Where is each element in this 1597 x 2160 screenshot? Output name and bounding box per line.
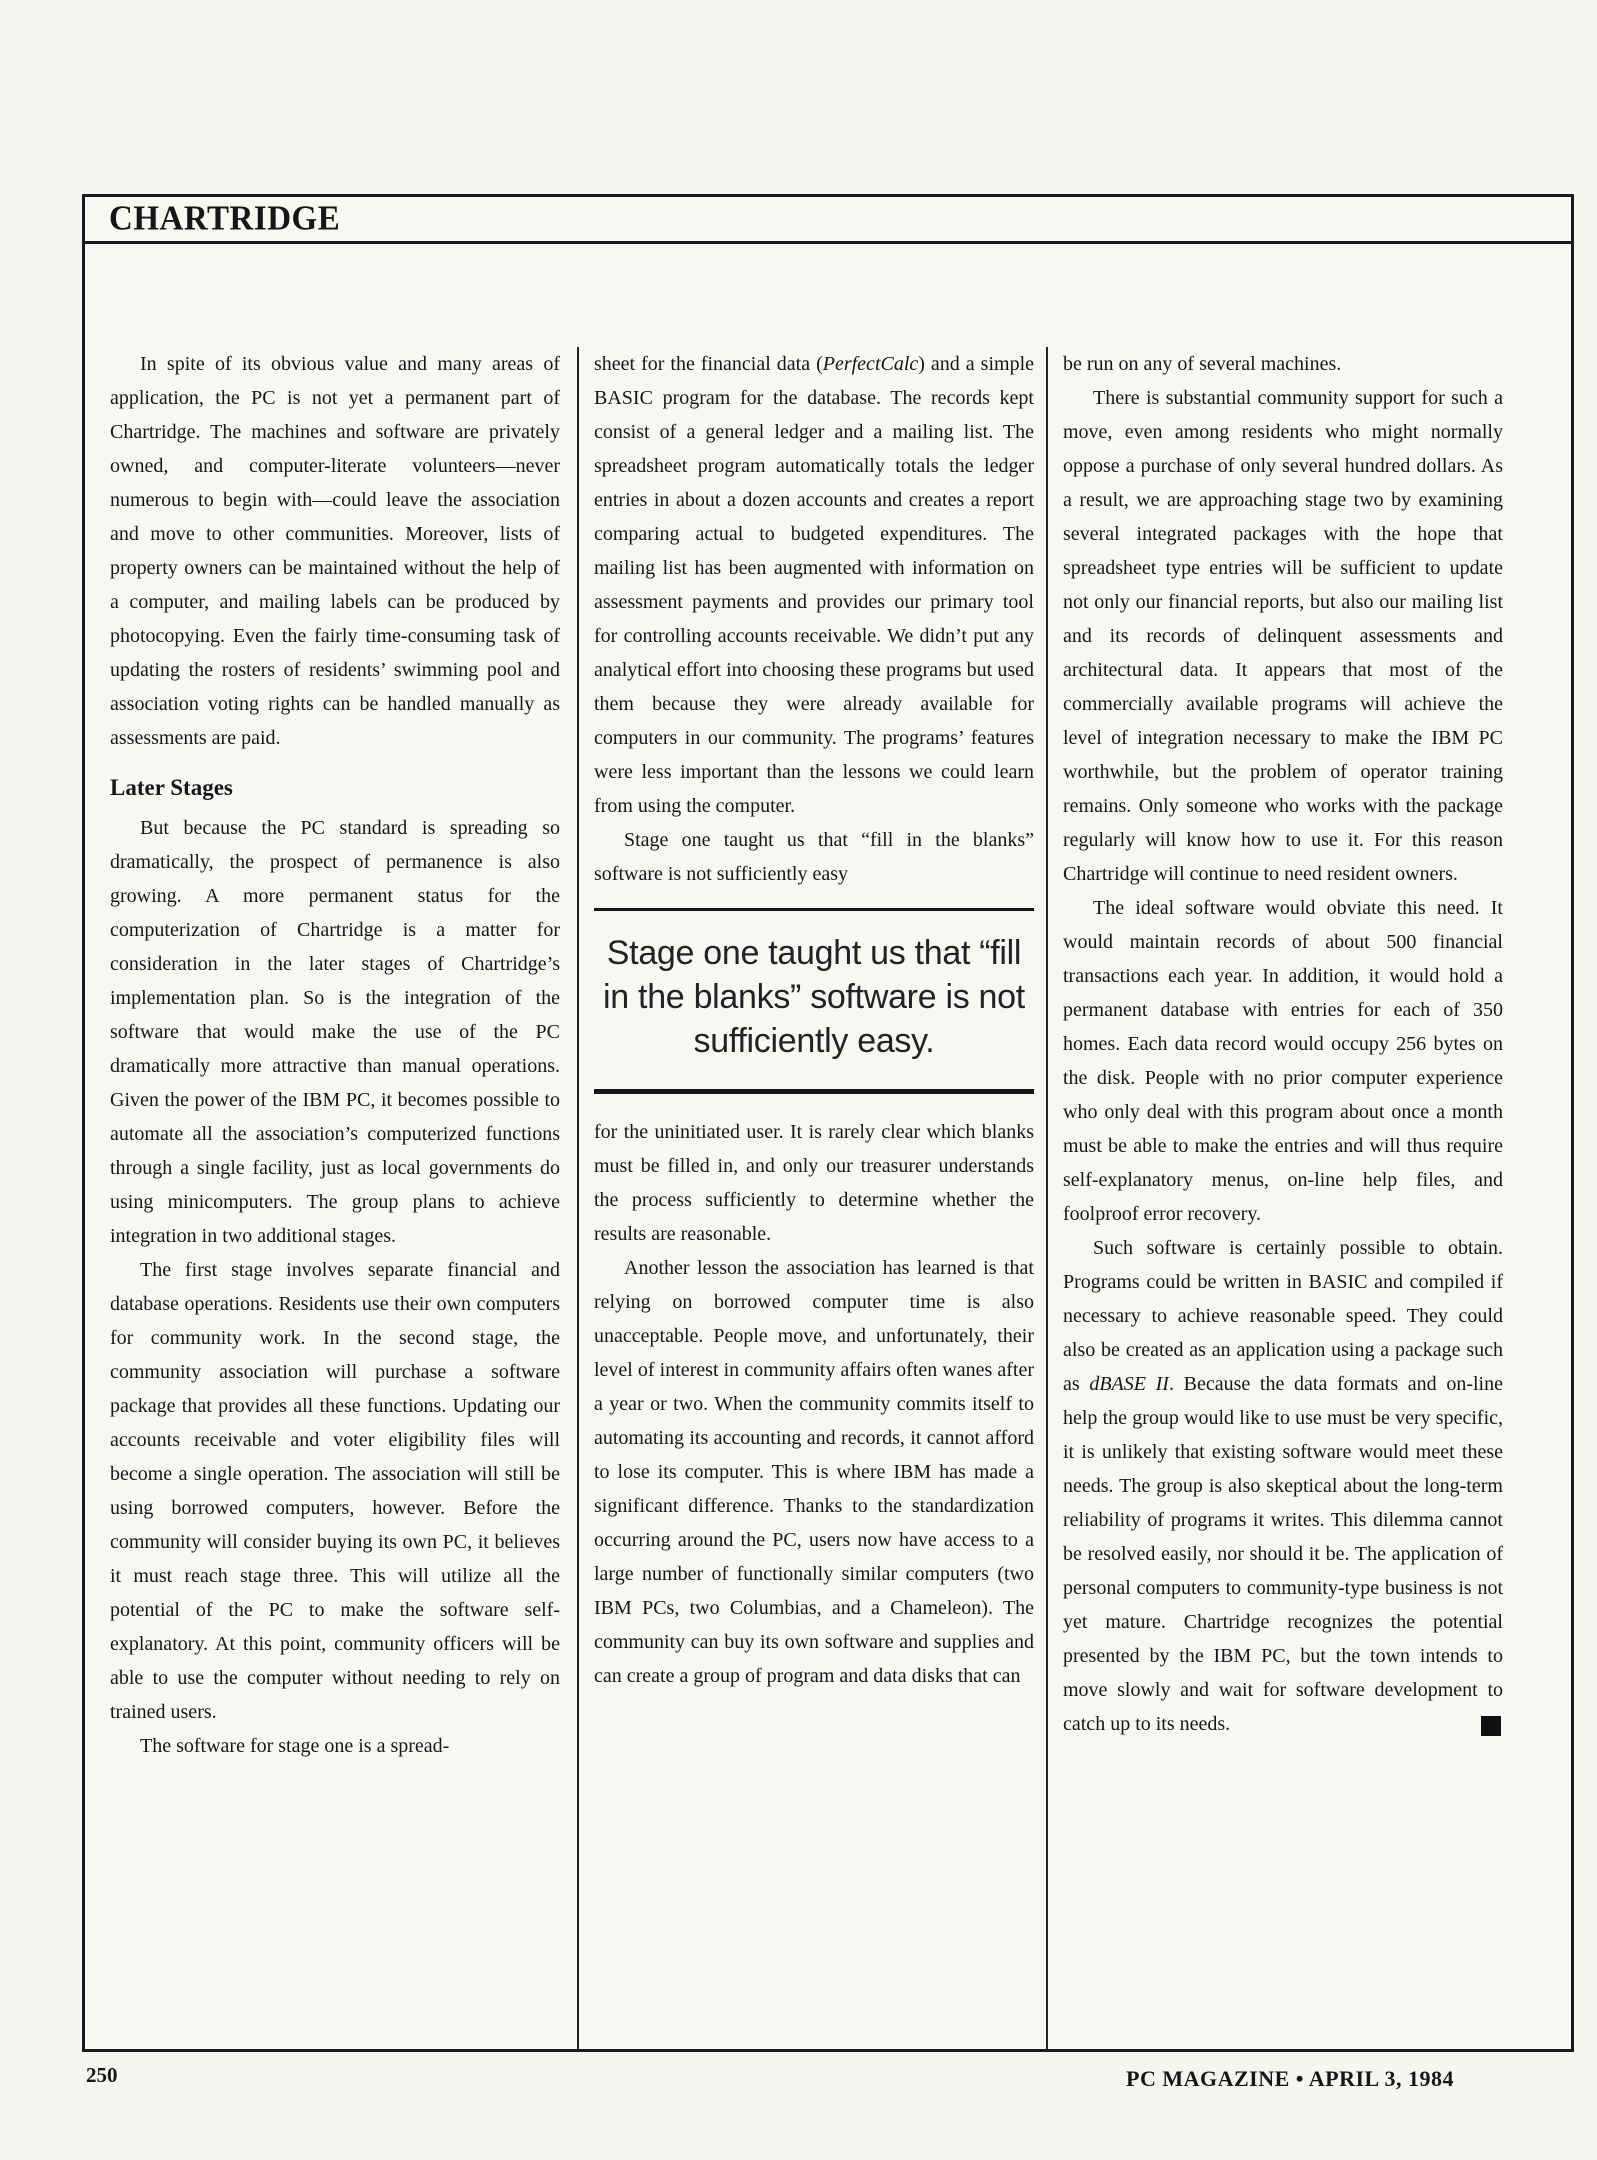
magazine-page: { "header": { "title": "CHARTRIDGE" }, "… bbox=[0, 0, 1597, 2160]
body-paragraph: Such software is certainly possible to o… bbox=[1063, 1231, 1503, 1741]
body-paragraph: The software for stage one is a spread- bbox=[110, 1729, 560, 1763]
article-content: In spite of its obvious value and many a… bbox=[85, 347, 1571, 2049]
body-paragraph: sheet for the financial data (PerfectCal… bbox=[594, 347, 1034, 823]
body-paragraph: In spite of its obvious value and many a… bbox=[110, 347, 560, 755]
article-column-1: In spite of its obvious value and many a… bbox=[85, 347, 577, 2049]
article-column-2: sheet for the financial data (PerfectCal… bbox=[579, 347, 1046, 2049]
body-paragraph: for the uninitiated user. It is rarely c… bbox=[594, 1115, 1034, 1251]
body-paragraph: The ideal software would obviate this ne… bbox=[1063, 891, 1503, 1231]
body-paragraph: There is substantial community support f… bbox=[1063, 381, 1503, 891]
masthead: CHARTRIDGE bbox=[85, 197, 1571, 244]
article-title: CHARTRIDGE bbox=[109, 200, 340, 239]
body-paragraph: But because the PC standard is spreading… bbox=[110, 811, 560, 1253]
body-paragraph: be run on any of several machines. bbox=[1063, 347, 1503, 381]
body-paragraph: The first stage involves separate financ… bbox=[110, 1253, 560, 1729]
magazine-credit: PC MAGAZINE • APRIL 3, 1984 bbox=[1126, 2066, 1454, 2092]
page-frame: CHARTRIDGE In spite of its obvious value… bbox=[82, 194, 1574, 2052]
body-paragraph: Another lesson the association has learn… bbox=[594, 1251, 1034, 1693]
body-paragraph: Stage one taught us that “fill in the bl… bbox=[594, 823, 1034, 891]
page-number: 250 bbox=[86, 2063, 118, 2088]
section-heading: Later Stages bbox=[110, 771, 560, 805]
article-column-3: be run on any of several machines.There … bbox=[1048, 347, 1511, 2049]
pull-quote: Stage one taught us that “fill in the bl… bbox=[594, 908, 1034, 1094]
end-of-article-marker bbox=[1481, 1716, 1501, 1736]
